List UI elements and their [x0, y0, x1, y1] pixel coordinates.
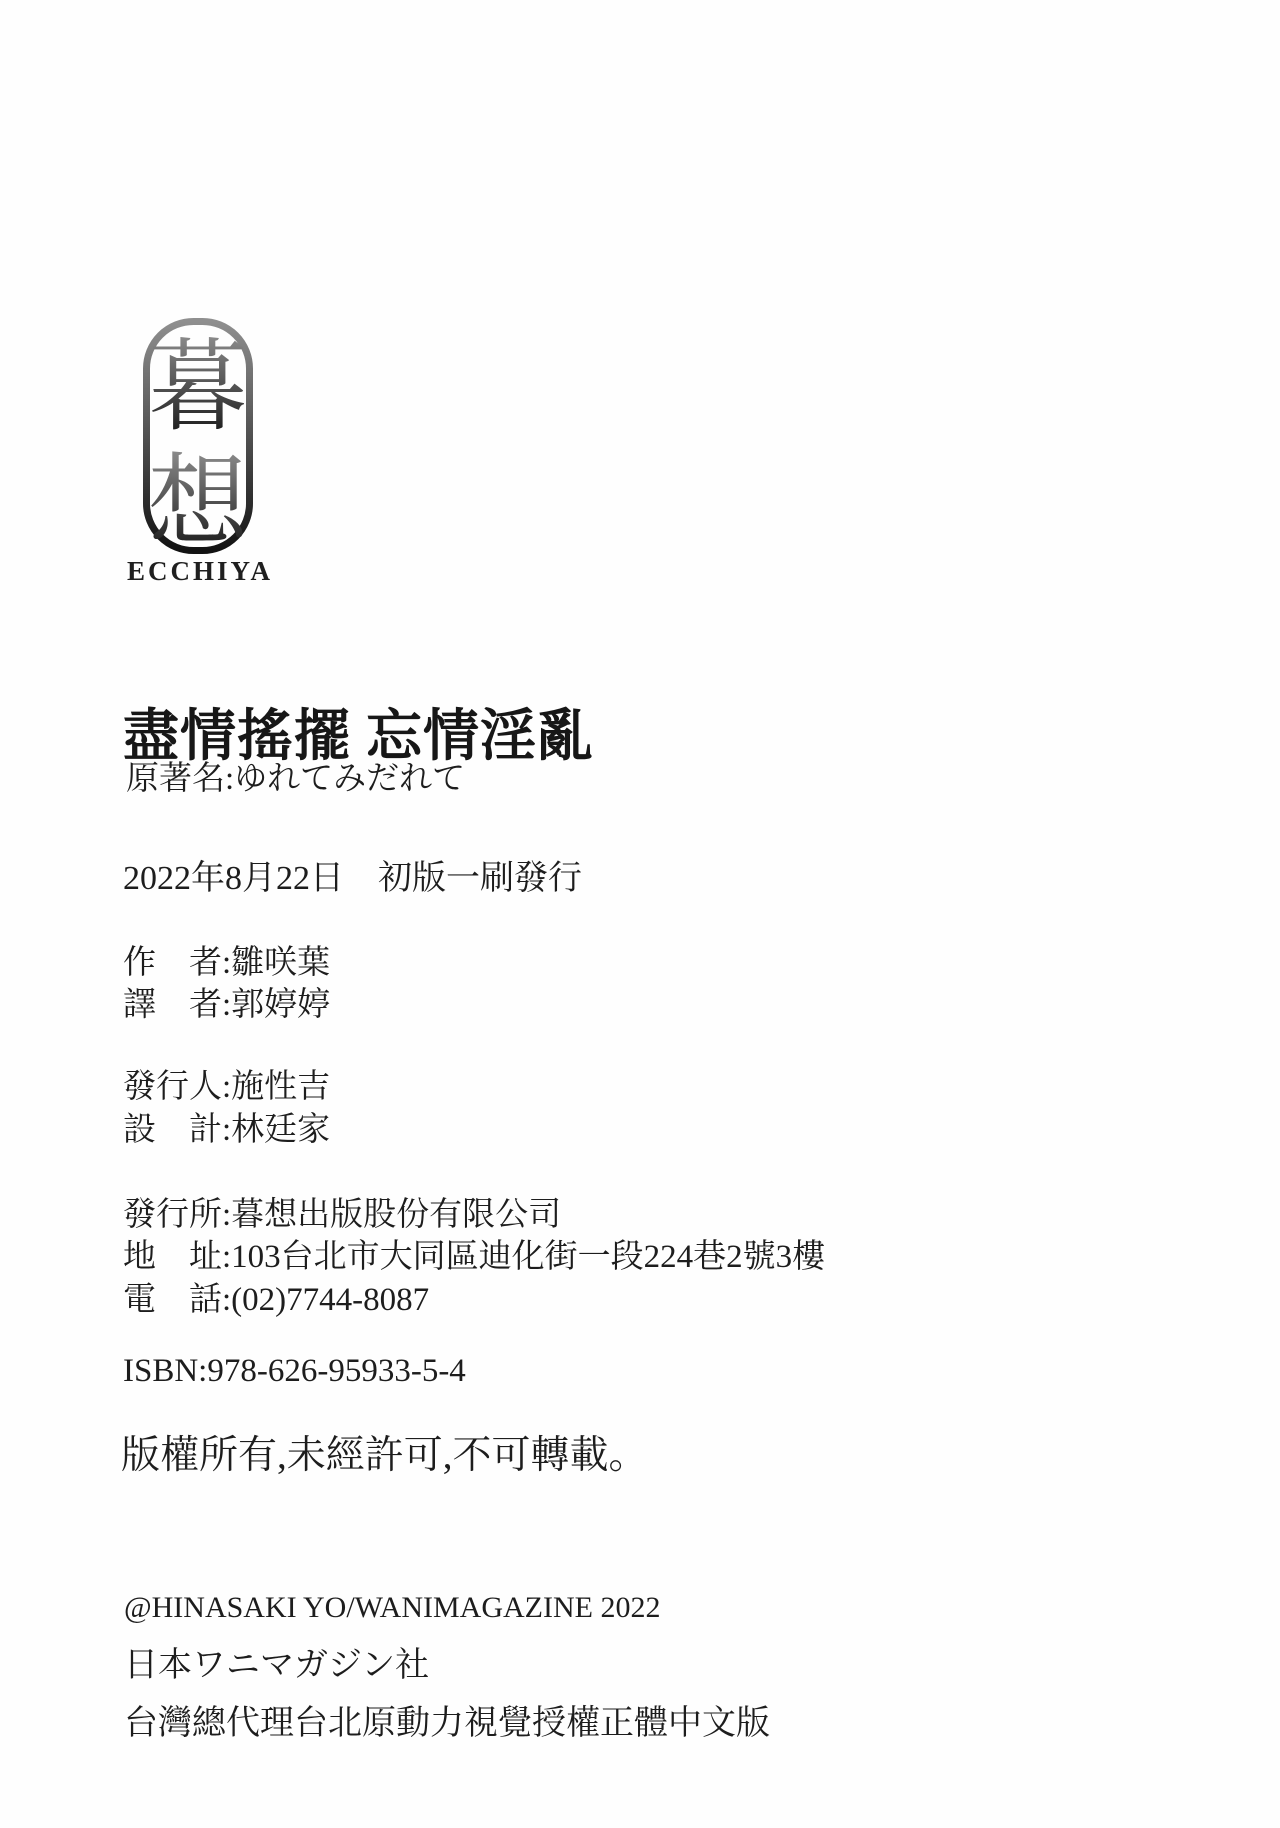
- credit-author: 作 者:雛咲葉: [123, 936, 330, 983]
- isbn: ISBN:978-626-95933-5-4: [123, 1353, 466, 1390]
- colophon-page: 暮 想 ECCHIYA 盡情搖擺 忘情淫亂 原著名:ゆれてみだれて 2022年8…: [0, 0, 1280, 1828]
- credit-translator: 譯 者:郭婷婷: [123, 978, 330, 1025]
- publisher-name: ECCHIYA: [113, 556, 287, 587]
- license-credit-line: @HINASAKI YO/WANIMAGAZINE 2022: [124, 1591, 660, 1625]
- credit-designer: 設 計:林廷家: [123, 1103, 330, 1150]
- publisher-seal-icon: 暮 想: [143, 318, 253, 554]
- edition-date: 2022年8月22日 初版一刷發行: [123, 850, 582, 899]
- copyright-notice: 版權所有,未經許可,不可轉載。: [121, 1424, 648, 1480]
- publisher-office: 發行所:暮想出版股份有限公司: [123, 1188, 561, 1235]
- original-title: 原著名:ゆれてみだれて: [126, 752, 465, 799]
- seal-kanji-bottom: 想: [148, 447, 249, 558]
- publisher-address: 地 址:103台北市大同區迪化街一段224巷2號3樓: [123, 1230, 825, 1277]
- license-taiwan-line: 台灣總代理台北原動力視覺授權正體中文版: [124, 1695, 770, 1744]
- publisher-phone: 電 話:(02)7744-8087: [123, 1273, 429, 1320]
- credit-issuer: 發行人:施性吉: [123, 1060, 330, 1107]
- license-origin-line: 日本ワニマガジン社: [124, 1637, 429, 1686]
- seal-kanji-top: 暮: [148, 332, 248, 443]
